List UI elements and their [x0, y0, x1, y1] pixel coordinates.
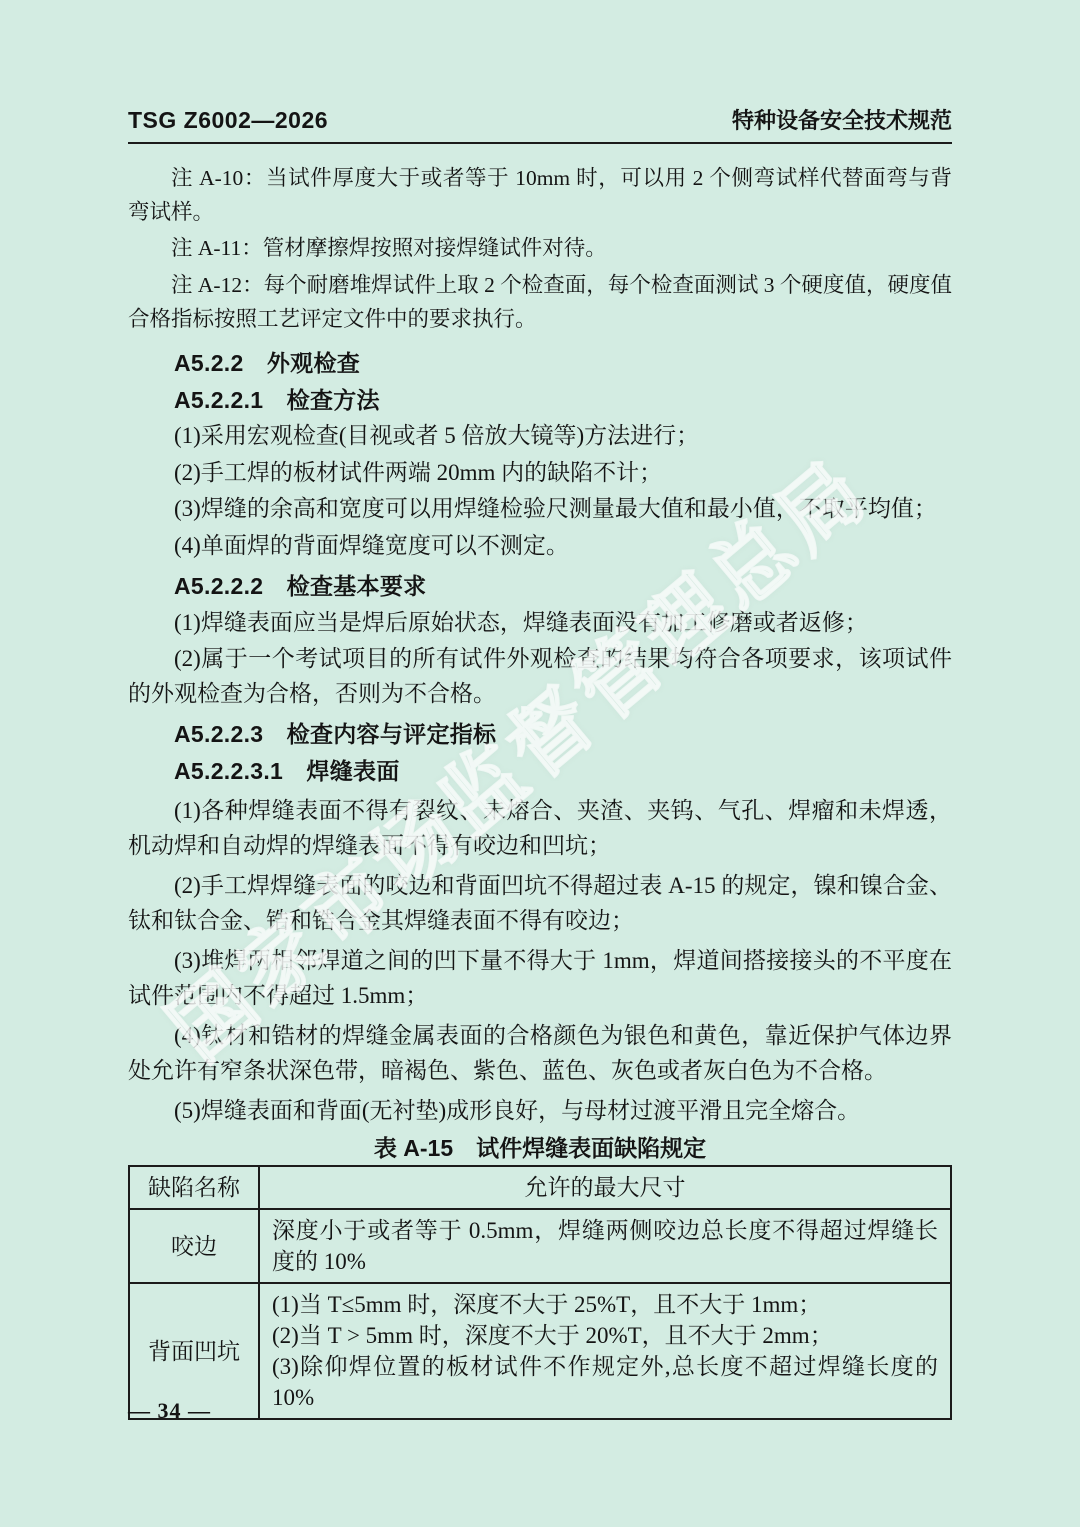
section-heading: A5.2.2.3.1 焊缝表面: [128, 754, 952, 789]
defect-spec-cell: 深度小于或者等于 0.5mm，焊缝两侧咬边总长度不得超过焊缝长度的 10%: [259, 1209, 951, 1283]
paragraph: (1)各种焊缝表面不得有裂纹、未熔合、夹渣、夹钨、气孔、焊瘤和未焊透，机动焊和自…: [128, 794, 952, 863]
spec-line: (2)当 T > 5mm 时，深度不大于 20%T，且不大于 2mm；: [272, 1320, 938, 1351]
section-heading: A5.2.2.3 检查内容与评定指标: [128, 717, 952, 752]
page-header: TSG Z6002—2026 特种设备安全技术规范: [128, 104, 952, 144]
paragraph: (2)手工焊焊缝表面的咬边和背面凹坑不得超过表 A-15 的规定，镍和镍合金、钛…: [128, 869, 952, 938]
paragraph: (4)钛材和锆材的焊缝金属表面的合格颜色为银色和黄色，靠近保护气体边界处允许有窄…: [128, 1019, 952, 1088]
paragraph: (2)手工焊的板材试件两端 20mm 内的缺陷不计；: [128, 456, 952, 491]
table-header-row: 缺陷名称 允许的最大尺寸: [129, 1166, 951, 1209]
paragraph: (4)单面焊的背面焊缝宽度可以不测定。: [128, 529, 952, 564]
defect-table: 缺陷名称 允许的最大尺寸 咬边 深度小于或者等于 0.5mm，焊缝两侧咬边总长度…: [128, 1165, 952, 1420]
defect-spec-cell: (1)当 T≤5mm 时，深度不大于 25%T，且不大于 1mm； (2)当 T…: [259, 1283, 951, 1419]
section-heading: A5.2.2.1 检查方法: [128, 383, 952, 418]
paragraph: (2)属于一个考试项目的所有试件外观检查的结果均符合各项要求，该项试件的外观检查…: [128, 642, 952, 711]
paragraph: (1)采用宏观检查(目视或者 5 倍放大镜等)方法进行；: [128, 419, 952, 454]
document-page: TSG Z6002—2026 特种设备安全技术规范 注 A-10：当试件厚度大于…: [0, 0, 1080, 1527]
spec-line: (3)除仰焊位置的板材试件不作规定外,总长度不超过焊缝长度的 10%: [272, 1351, 938, 1413]
note: 注 A-11：管材摩擦焊按照对接焊缝试件对待。: [128, 231, 952, 265]
table-title: 表 A-15 试件焊缝表面缺陷规定: [128, 1131, 952, 1166]
page-number: — 34 —: [128, 1398, 211, 1424]
section-heading: A5.2.2.2 检查基本要求: [128, 569, 952, 604]
defect-name-cell: 咬边: [129, 1209, 259, 1283]
doc-code: TSG Z6002—2026: [128, 107, 328, 134]
doc-title: 特种设备安全技术规范: [732, 104, 952, 135]
note: 注 A-12：每个耐磨堆焊试件上取 2 个检查面，每个检查面测试 3 个硬度值，…: [128, 268, 952, 336]
note: 注 A-10：当试件厚度大于或者等于 10mm 时，可以用 2 个侧弯试样代替面…: [128, 161, 952, 229]
section-heading: A5.2.2 外观检查: [128, 346, 952, 381]
column-header-defect-name: 缺陷名称: [129, 1166, 259, 1209]
document-body: 注 A-10：当试件厚度大于或者等于 10mm 时，可以用 2 个侧弯试样代替面…: [128, 161, 952, 1420]
paragraph: (3)焊缝的余高和宽度可以用焊缝检验尺测量最大值和最小值，不取平均值；: [128, 492, 952, 527]
paragraph: (5)焊缝表面和背面(无衬垫)成形良好，与母材过渡平滑且完全熔合。: [128, 1094, 952, 1129]
spec-line: 深度小于或者等于 0.5mm，焊缝两侧咬边总长度不得超过焊缝长度的 10%: [272, 1215, 938, 1277]
spec-line: (1)当 T≤5mm 时，深度不大于 25%T，且不大于 1mm；: [272, 1289, 938, 1320]
paragraph: (3)堆焊两相邻焊道之间的凹下量不得大于 1mm，焊道间搭接接头的不平度在试件范…: [128, 944, 952, 1013]
table-row: 背面凹坑 (1)当 T≤5mm 时，深度不大于 25%T，且不大于 1mm； (…: [129, 1283, 951, 1419]
table-row: 咬边 深度小于或者等于 0.5mm，焊缝两侧咬边总长度不得超过焊缝长度的 10%: [129, 1209, 951, 1283]
paragraph: (1)焊缝表面应当是焊后原始状态，焊缝表面没有加工修磨或者返修；: [128, 606, 952, 641]
column-header-max-size: 允许的最大尺寸: [259, 1166, 951, 1209]
